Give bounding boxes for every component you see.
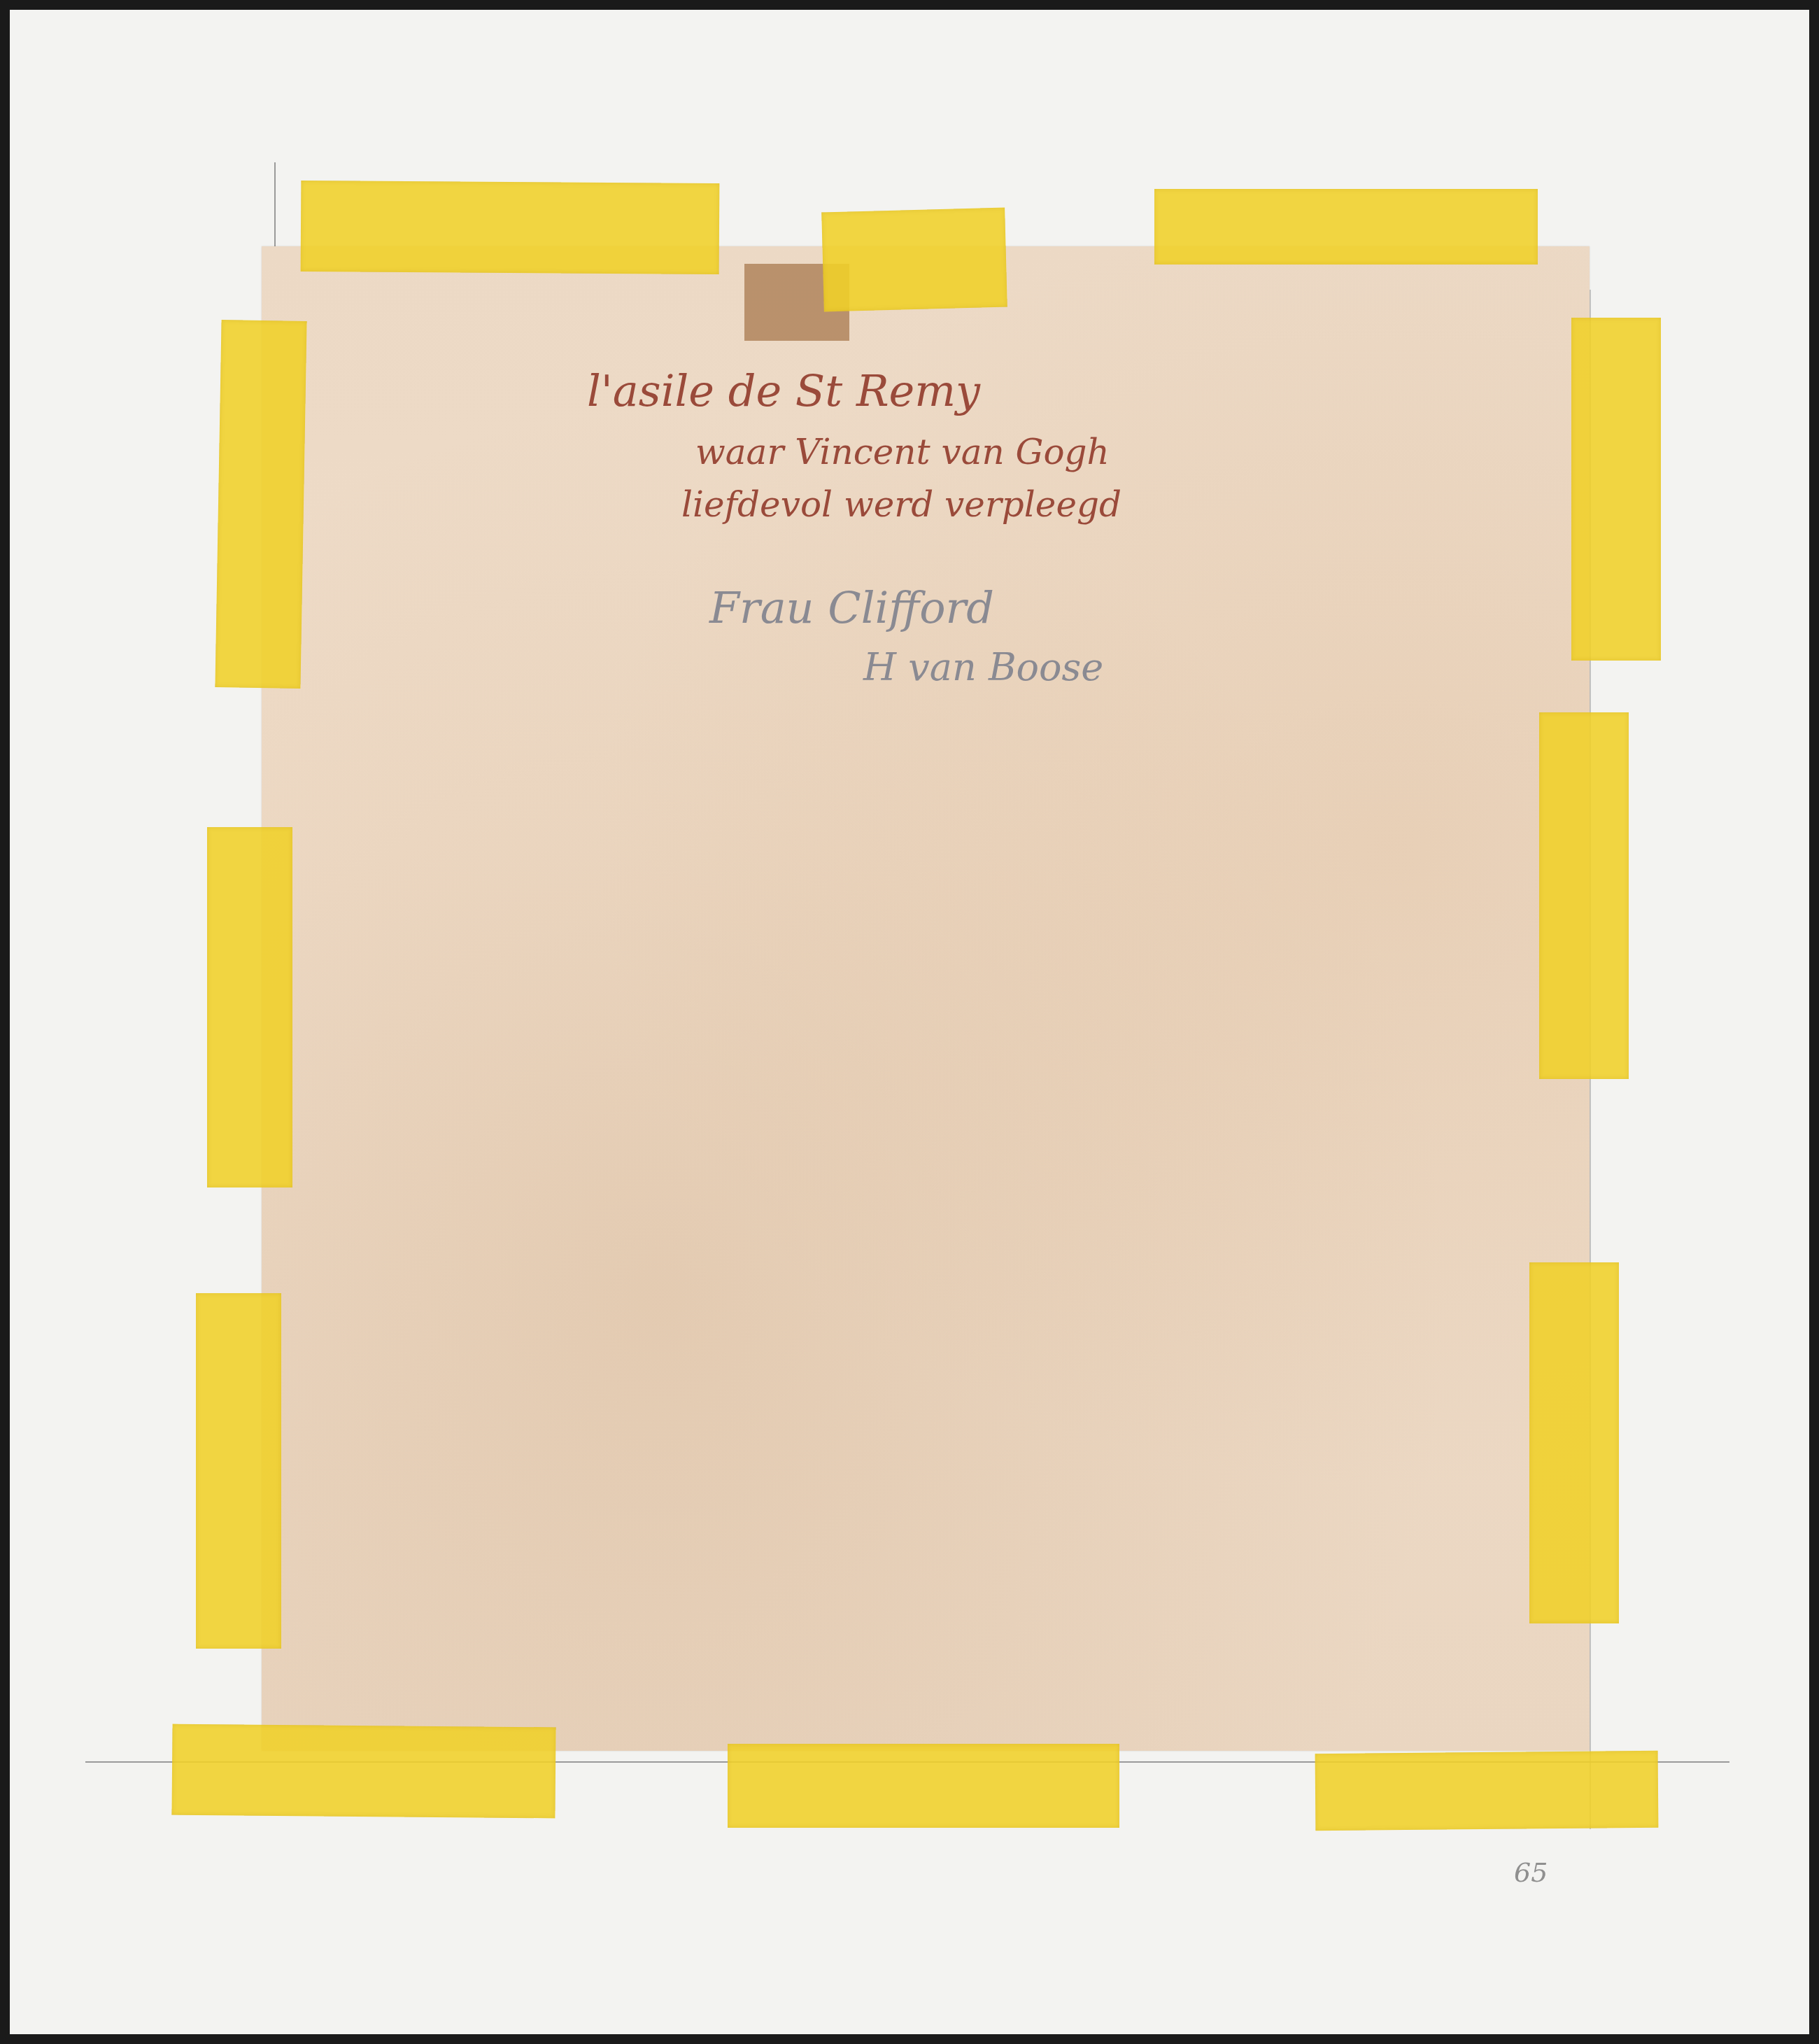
tape-left-2 (207, 827, 292, 1187)
inscription-pencil-line-1: Frau Clifford (709, 582, 994, 633)
tape-top-center (821, 208, 1007, 312)
tape-bottom-right (1315, 1751, 1659, 1831)
tape-right-2 (1539, 712, 1629, 1079)
mounting-board: l'asile de St Remy waar Vincent van Gogh… (10, 10, 1809, 2034)
tape-left-1 (215, 320, 306, 689)
tape-right-3 (1529, 1262, 1619, 1623)
tape-bottom-left (171, 1724, 555, 1819)
document-sheet: l'asile de St Remy waar Vincent van Gogh… (262, 246, 1590, 1751)
inscription-ink-line-1: l'asile de St Remy (587, 365, 980, 416)
page-number: 65 (1514, 1857, 1548, 1888)
tape-right-1 (1571, 318, 1661, 661)
inscription-pencil-line-2: H van Boose (863, 645, 1103, 689)
tape-top-right (1154, 189, 1538, 265)
tape-left-3 (196, 1293, 281, 1649)
tape-top-left (301, 181, 720, 274)
inscription-ink-line-2: waar Vincent van Gogh (695, 432, 1110, 472)
tape-bottom-center (728, 1744, 1119, 1828)
inscription-ink-line-3: liefdevol werd verpleegd (681, 484, 1121, 525)
